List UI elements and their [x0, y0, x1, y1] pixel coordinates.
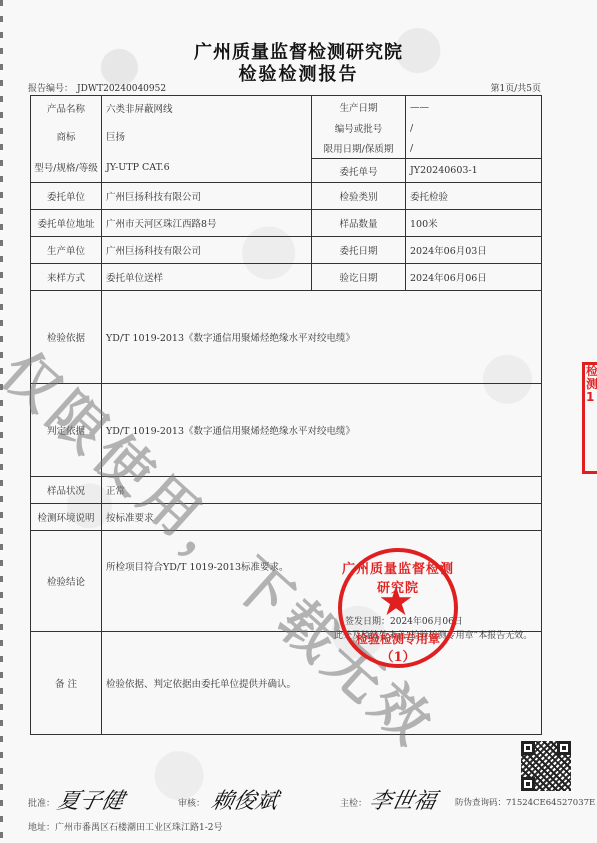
client-label: 委托单位 — [31, 183, 102, 210]
table-row: 检验结论 所检项目符合YD/T 1019-2013标准要求。 — [31, 531, 542, 632]
production-date-label: 生产日期 — [312, 96, 405, 118]
seal-number: （1） — [342, 646, 454, 665]
review-signature: 赖俊斌 — [209, 784, 282, 815]
sample-condition-value: 正常 — [102, 477, 542, 504]
production-date-value: —— — [406, 96, 541, 118]
report-number-label: 报告编号： — [28, 84, 73, 94]
conclusion-value: 所检项目符合YD/T 1019-2013标准要求。 — [106, 559, 537, 573]
completion-date-value: 2024年06月06日 — [406, 264, 542, 291]
expiry-label: 限用日期/保质期 — [312, 138, 405, 159]
conclusion-cell: 所检项目符合YD/T 1019-2013标准要求。 — [102, 531, 542, 632]
manufacturer-value: 广州巨扬科技有限公司 — [102, 237, 312, 264]
judgment-basis-label: 判定依据 — [31, 384, 102, 477]
completion-date-label: 验讫日期 — [312, 264, 406, 291]
table-row: 委托单位 广州巨扬科技有限公司 检验类别 委托检验 — [31, 183, 542, 210]
date-block-values: —— / / JY20240603-1 — [406, 96, 542, 183]
client-value: 广州巨扬科技有限公司 — [102, 183, 312, 210]
report-number-value: JDWT20240040952 — [77, 84, 166, 94]
official-seal: 广州质量监督检测研究院 ★ 检验检测专用章 （1） — [338, 548, 458, 668]
inspection-type-label: 检验类别 — [312, 183, 406, 210]
product-name-label: 产品名称 — [31, 96, 101, 120]
address: 地址：广州市番禺区石楼潮田工业区珠江路1-2号 — [28, 820, 223, 833]
sample-qty-value: 100米 — [406, 210, 542, 237]
table-row: 委托单位地址 广州市天河区珠江西路8号 样品数量 100米 — [31, 210, 542, 237]
anti-fake-value: 71524CE64527037E — [506, 798, 595, 808]
seal-bottom-text: 检验检测专用章 — [342, 630, 454, 647]
environment-value: 按标准要求 — [102, 504, 542, 531]
product-block-values: 六类非屏蔽网线 巨扬 JY-UTP CAT.6 — [102, 96, 312, 183]
batch-no-label: 编号或批号 — [312, 118, 405, 138]
report-number: 报告编号：JDWT20240040952 — [28, 81, 166, 94]
table-row: 产品名称 商标 型号/规格/等级 六类非屏蔽网线 巨扬 JY-UTP CAT.6… — [31, 96, 542, 183]
inspection-basis-value: YD/T 1019-2013《数字通信用聚烯烃绝缘水平对绞电缆》 — [102, 291, 542, 384]
sampling-method-label: 来样方式 — [31, 264, 102, 291]
commission-no-label: 委托单号 — [312, 159, 405, 182]
model-value: JY-UTP CAT.6 — [102, 152, 311, 182]
date-block-labels: 生产日期 编号或批号 限用日期/保质期 委托单号 — [312, 96, 406, 183]
main-inspector-label: 主检： — [340, 796, 367, 809]
product-block-labels: 产品名称 商标 型号/规格/等级 — [31, 96, 102, 183]
perforation-seal: 检测 1 — [582, 362, 597, 474]
inspection-basis-label: 检验依据 — [31, 291, 102, 384]
anti-fake-code: 防伪查询码：71524CE64527037E — [455, 796, 595, 808]
batch-no-value: / — [406, 118, 541, 138]
product-name-value: 六类非屏蔽网线 — [102, 96, 311, 120]
table-row: 样品状况 正常 — [31, 477, 542, 504]
brand-value: 巨扬 — [102, 120, 311, 152]
review-label: 审核： — [178, 796, 205, 809]
client-address-label: 委托单位地址 — [31, 210, 102, 237]
brand-label: 商标 — [31, 120, 101, 152]
qr-code-icon[interactable] — [521, 741, 571, 791]
remarks-label: 备 注 — [31, 632, 102, 735]
judgment-basis-value: YD/T 1019-2013《数字通信用聚烯烃绝缘水平对绞电缆》 — [102, 384, 542, 477]
table-row: 检测环境说明 按标准要求 — [31, 504, 542, 531]
client-address-value: 广州市天河区珠江西路8号 — [102, 210, 312, 237]
model-label: 型号/规格/等级 — [31, 152, 101, 182]
approve-label: 批准： — [28, 796, 55, 809]
table-row: 来样方式 委托单位送样 验讫日期 2024年06月06日 — [31, 264, 542, 291]
perforated-edge — [0, 0, 3, 843]
expiry-value: / — [406, 138, 541, 159]
environment-label: 检测环境说明 — [31, 504, 102, 531]
conclusion-label: 检验结论 — [31, 531, 102, 632]
anti-fake-label: 防伪查询码： — [455, 798, 506, 808]
commission-date-label: 委托日期 — [312, 237, 406, 264]
sampling-method-value: 委托单位送样 — [102, 264, 312, 291]
manufacturer-label: 生产单位 — [31, 237, 102, 264]
inspection-type-value: 委托检验 — [406, 183, 542, 210]
main-inspector-signature: 李世福 — [367, 784, 440, 815]
remarks-value: 检验依据、判定依据由委托单位提供并确认。 — [102, 632, 542, 735]
table-row: 备 注 检验依据、判定依据由委托单位提供并确认。 — [31, 632, 542, 735]
commission-no-value: JY20240603-1 — [406, 159, 541, 182]
sample-qty-label: 样品数量 — [312, 210, 406, 237]
page-indicator: 第1页/共5页 — [491, 81, 542, 94]
seal-star-icon: ★ — [378, 582, 414, 622]
table-row: 检验依据 YD/T 1019-2013《数字通信用聚烯烃绝缘水平对绞电缆》 — [31, 291, 542, 384]
commission-date-value: 2024年06月03日 — [406, 237, 542, 264]
table-row: 生产单位 广州巨扬科技有限公司 委托日期 2024年06月03日 — [31, 237, 542, 264]
approve-signature: 夏子健 — [55, 784, 128, 815]
table-row: 判定依据 YD/T 1019-2013《数字通信用聚烯烃绝缘水平对绞电缆》 — [31, 384, 542, 477]
sample-condition-label: 样品状况 — [31, 477, 102, 504]
